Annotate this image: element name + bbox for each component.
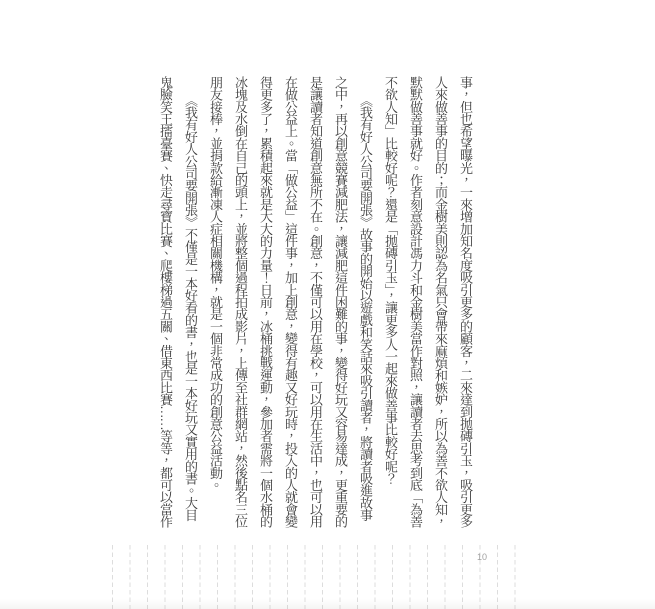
page-number: 10 bbox=[477, 552, 487, 562]
text-column: 不欲人知」比較好呢？還是「拋磚引玉」，讓更多人一起來做善事比較好呢？ bbox=[378, 76, 403, 536]
text-column: 冰塊及水倒在自己的頭上，並將整個過程拍成影片，上傳至社群網站，然後點名三位 bbox=[228, 76, 253, 536]
book-page-scan: 事，但也希望曝光，一來增加知名度吸引更多的顧客，二來達到拋磚引玉，吸引更多 人來… bbox=[0, 0, 655, 609]
text-column: 人來做善事的目的；而金樹美則認為名氣只會帶來麻煩和嫉妒，所以為善不欲人知， bbox=[428, 76, 453, 536]
text-column: 得更多了，累積起來就是大大的力量！日前，冰桶挑戰運動，參加者需將一個水桶的 bbox=[253, 76, 278, 536]
text-column: 在做公益上。當「做公益」這件事，加上創意，變得有趣又好玩時，投入的人就會變 bbox=[278, 76, 303, 536]
text-column: 《我有好人公司要開張》不僅是一本好看的書，也是一本好玩又實用的書。大目 bbox=[178, 76, 203, 536]
text-column: 朋友接棒，並捐款給漸凍人症相關機構，就是一個非常成功的創意公益活動。 bbox=[203, 76, 228, 536]
text-column: 是讓讀者知道創意無所不在。創意，不僅可以用在學校，可以用在生活中，也可以用 bbox=[303, 76, 328, 536]
text-column: 默默做善事就好。作者刻意設計馮力斗和金樹美當作對照，讓讀者去思考到底「為善 bbox=[403, 76, 428, 536]
text-column: 事，但也希望曝光，一來增加知名度吸引更多的顧客，二來達到拋磚引玉，吸引更多 bbox=[453, 76, 478, 536]
text-column: 《我有好人公司要開張》故事的開始以遊戲和笑話來吸引讀者，將讀者吸進故事 bbox=[353, 76, 378, 536]
binding-dashed-lines bbox=[112, 542, 532, 609]
text-column: 鬼臉笑王擂臺賽、快走尋寶比賽、爬樓梯過五關、借東西比賽……等等，都可以當作 bbox=[153, 76, 178, 536]
text-column: 之中，再以創意競賽減肥法，讓減肥這件困難的事，變得好玩又容易達成，更重要的 bbox=[328, 76, 353, 536]
vertical-text-block: 事，但也希望曝光，一來增加知名度吸引更多的顧客，二來達到拋磚引玉，吸引更多 人來… bbox=[152, 76, 478, 536]
